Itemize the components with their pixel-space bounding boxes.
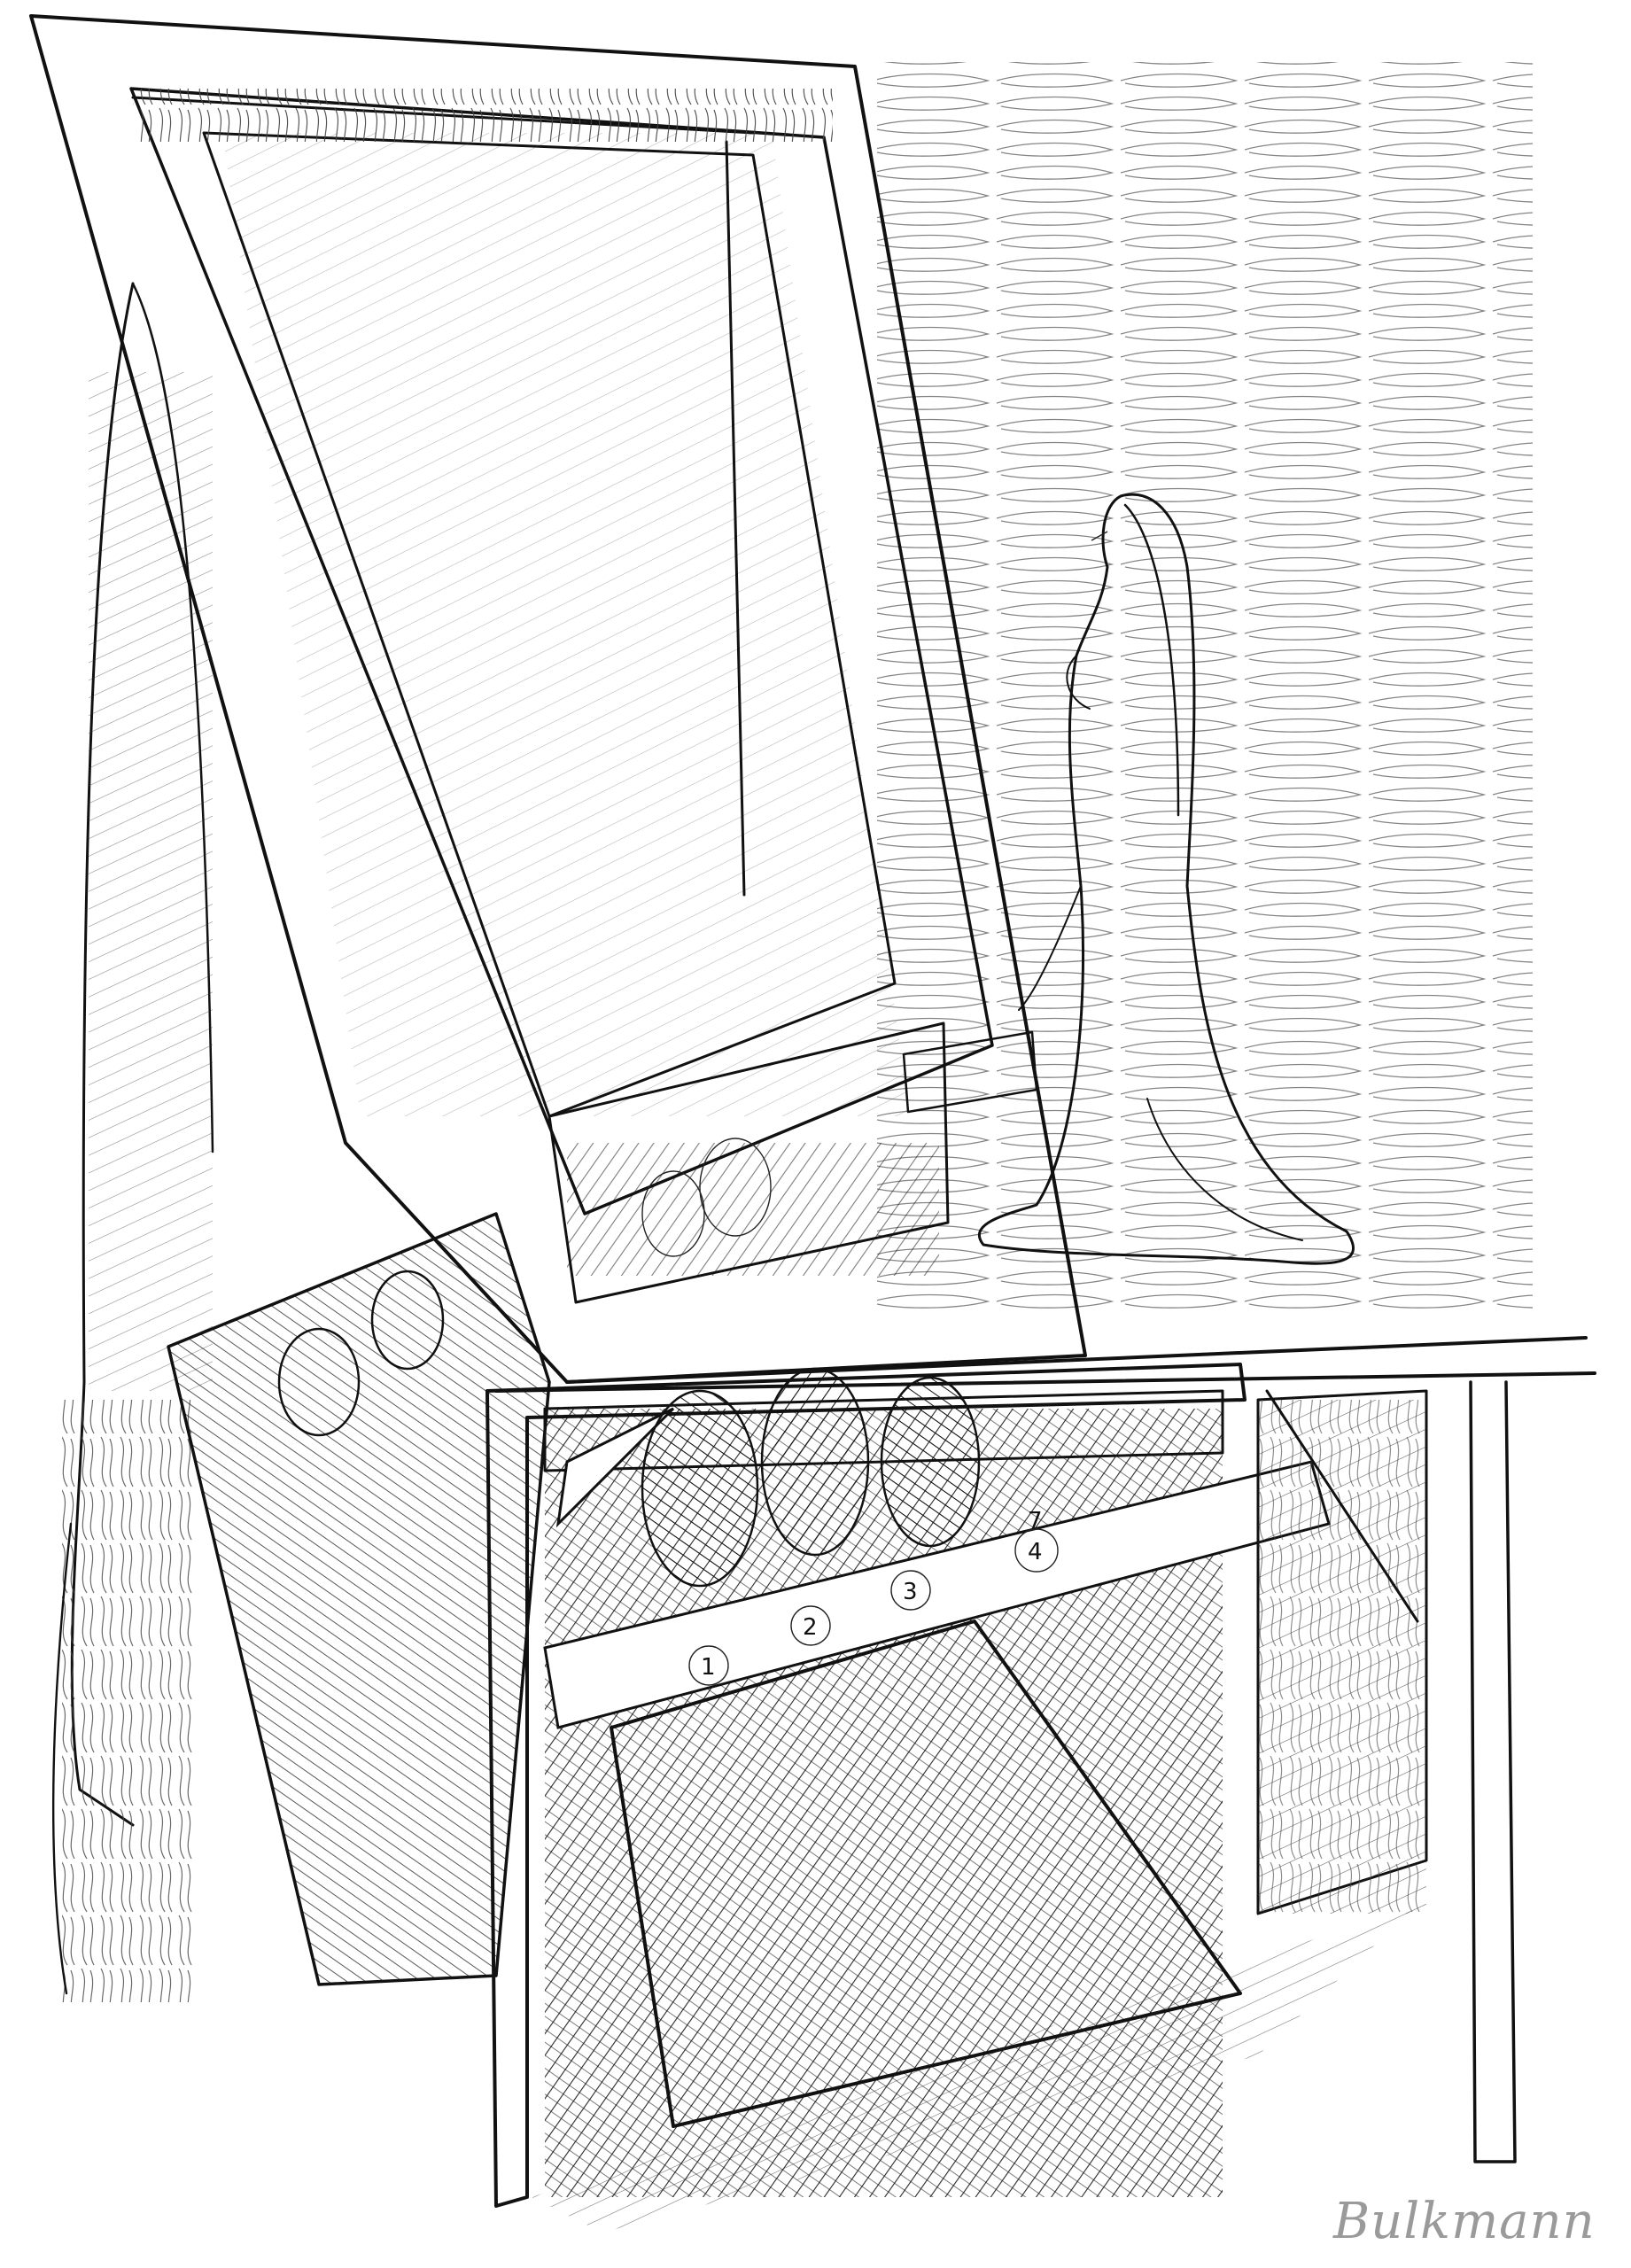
fraction-denominator: 4 (1028, 1539, 1043, 1565)
circled-number-2: 2 (803, 1614, 818, 1641)
artist-signature: Bulkmann (1333, 2193, 1596, 2250)
ink-drawing: 1 2 3 7 4 (0, 0, 1631, 2268)
hanging-drape (53, 283, 213, 2002)
circled-number-1: 1 (701, 1654, 716, 1681)
right-back-panel (1258, 1391, 1426, 1914)
wall-texture (877, 62, 1533, 1311)
circled-number-3: 3 (903, 1579, 918, 1605)
